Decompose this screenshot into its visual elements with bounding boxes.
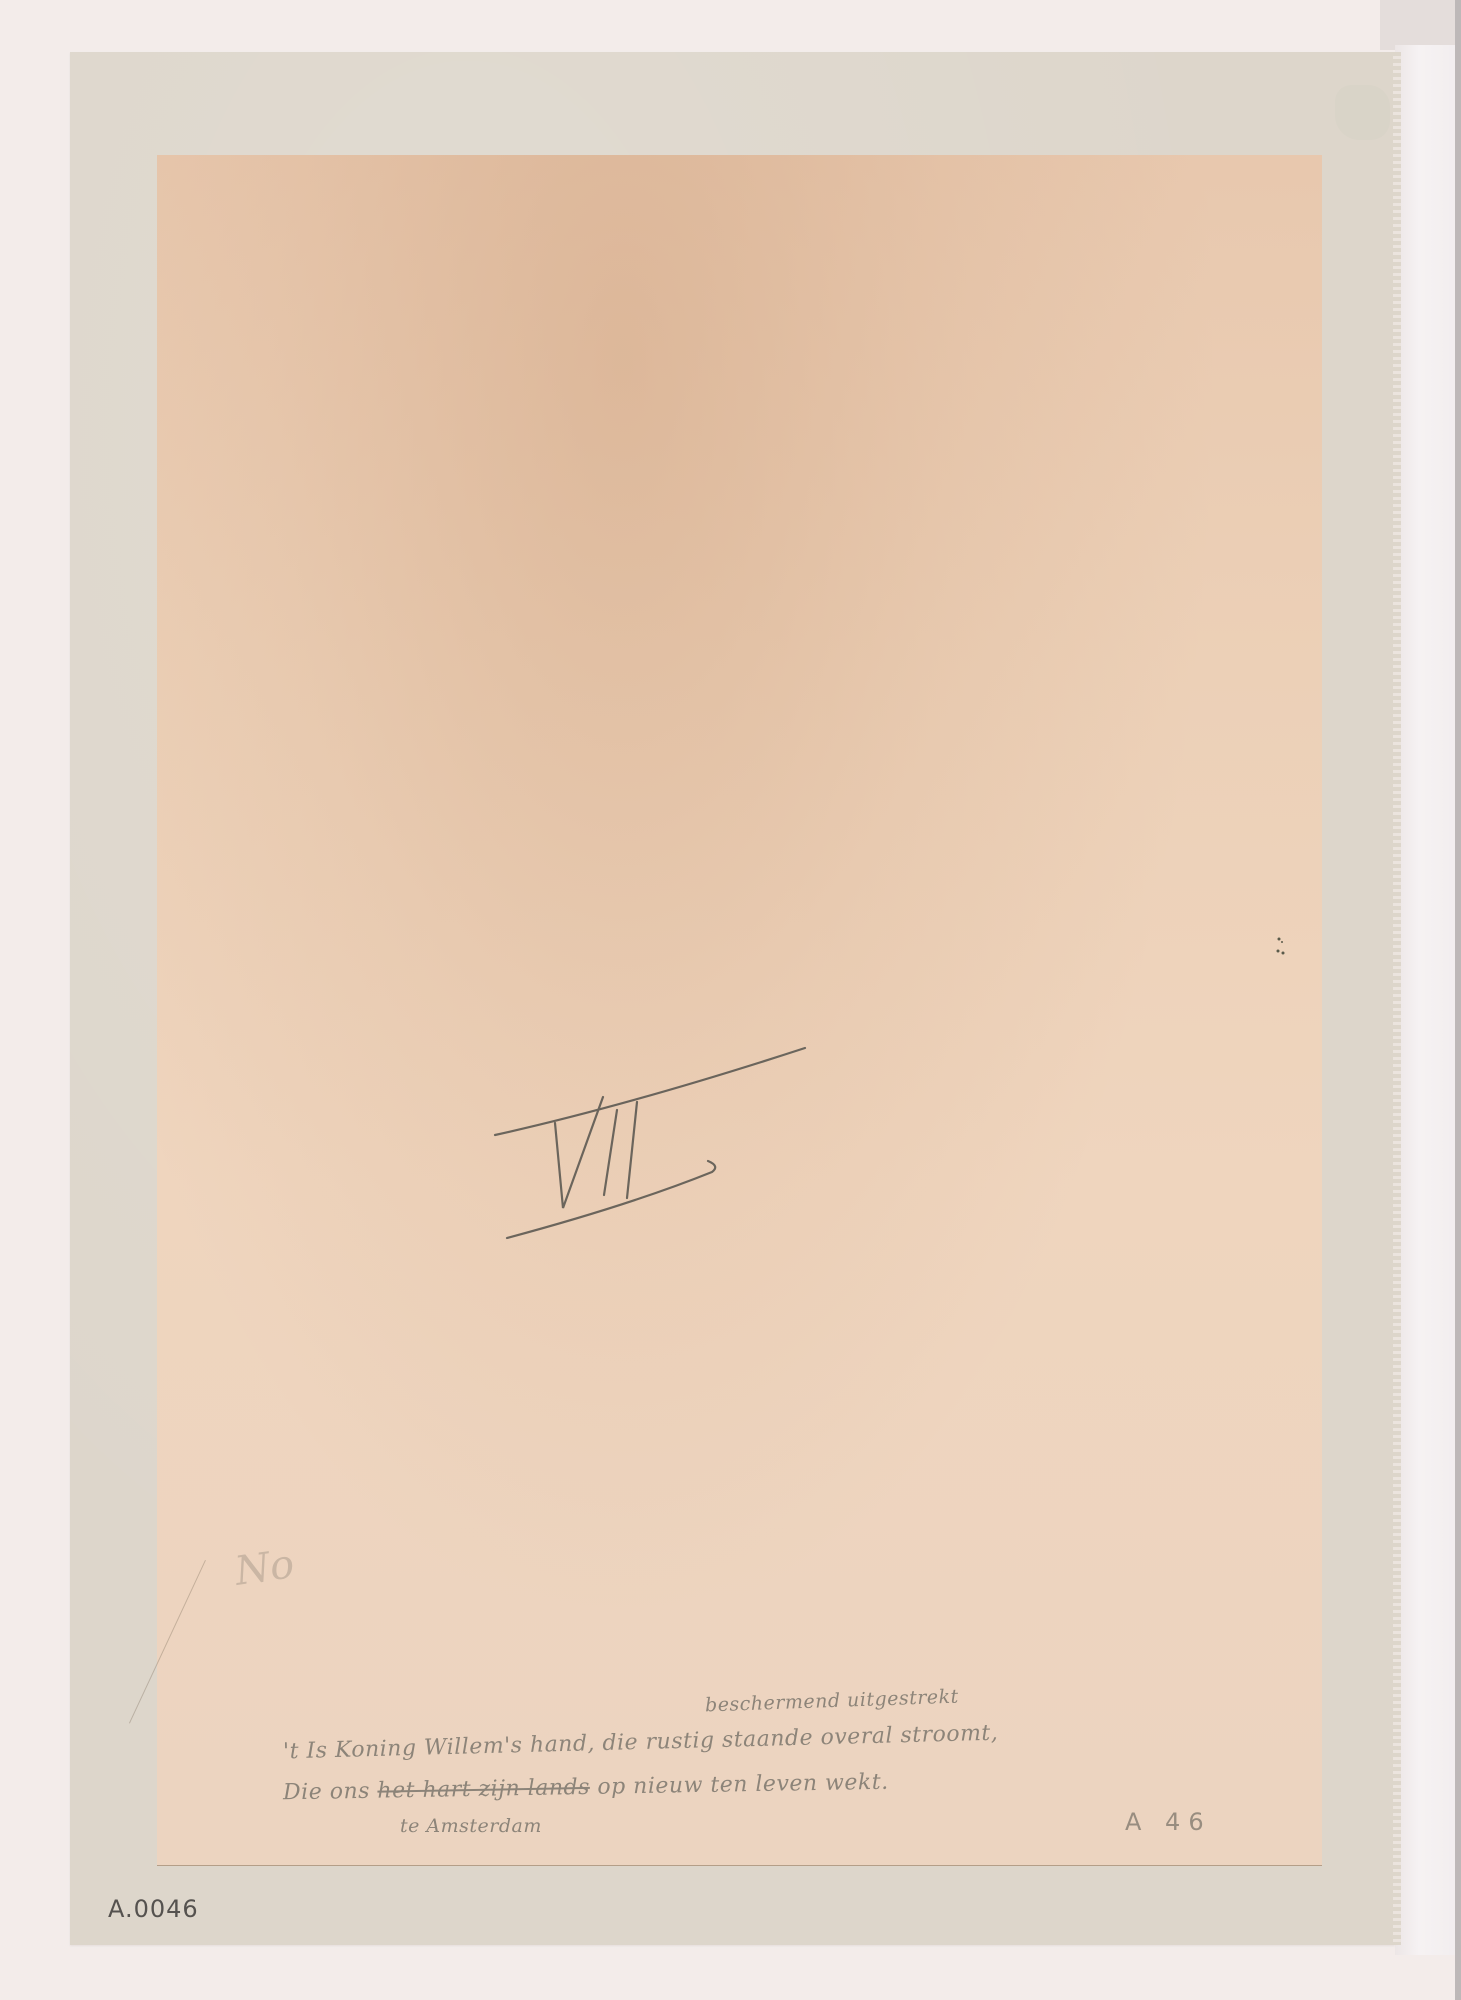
roman-numeral-mark: VII [480,1030,820,1250]
mount-corner-tear [1335,85,1390,140]
sheet-code: A 46 [1125,1808,1212,1836]
inscription-line-3: te Amsterdam [400,1815,542,1837]
inventory-number-label: A.0046 [108,1895,199,1923]
inscription-line-2-suffix: op nieuw ten leven wekt. [597,1770,889,1800]
ink-specks [1275,935,1287,957]
numeral-i-stroke [627,1102,637,1198]
inscription-struck-text: het hart zijn lands [377,1775,590,1804]
upper-rule-line [495,1048,805,1135]
numeral-i-stroke [604,1110,617,1195]
backdrop-top-band [1380,0,1455,50]
lower-rule-line [507,1161,715,1238]
white-backing-strip [1395,45,1455,1955]
margin-pencil-mark: No [232,1541,297,1595]
image-right-edge [1455,0,1461,2000]
paper-sheet-verso [157,155,1322,1866]
inscription-line-2-prefix: Die ons [283,1779,370,1806]
